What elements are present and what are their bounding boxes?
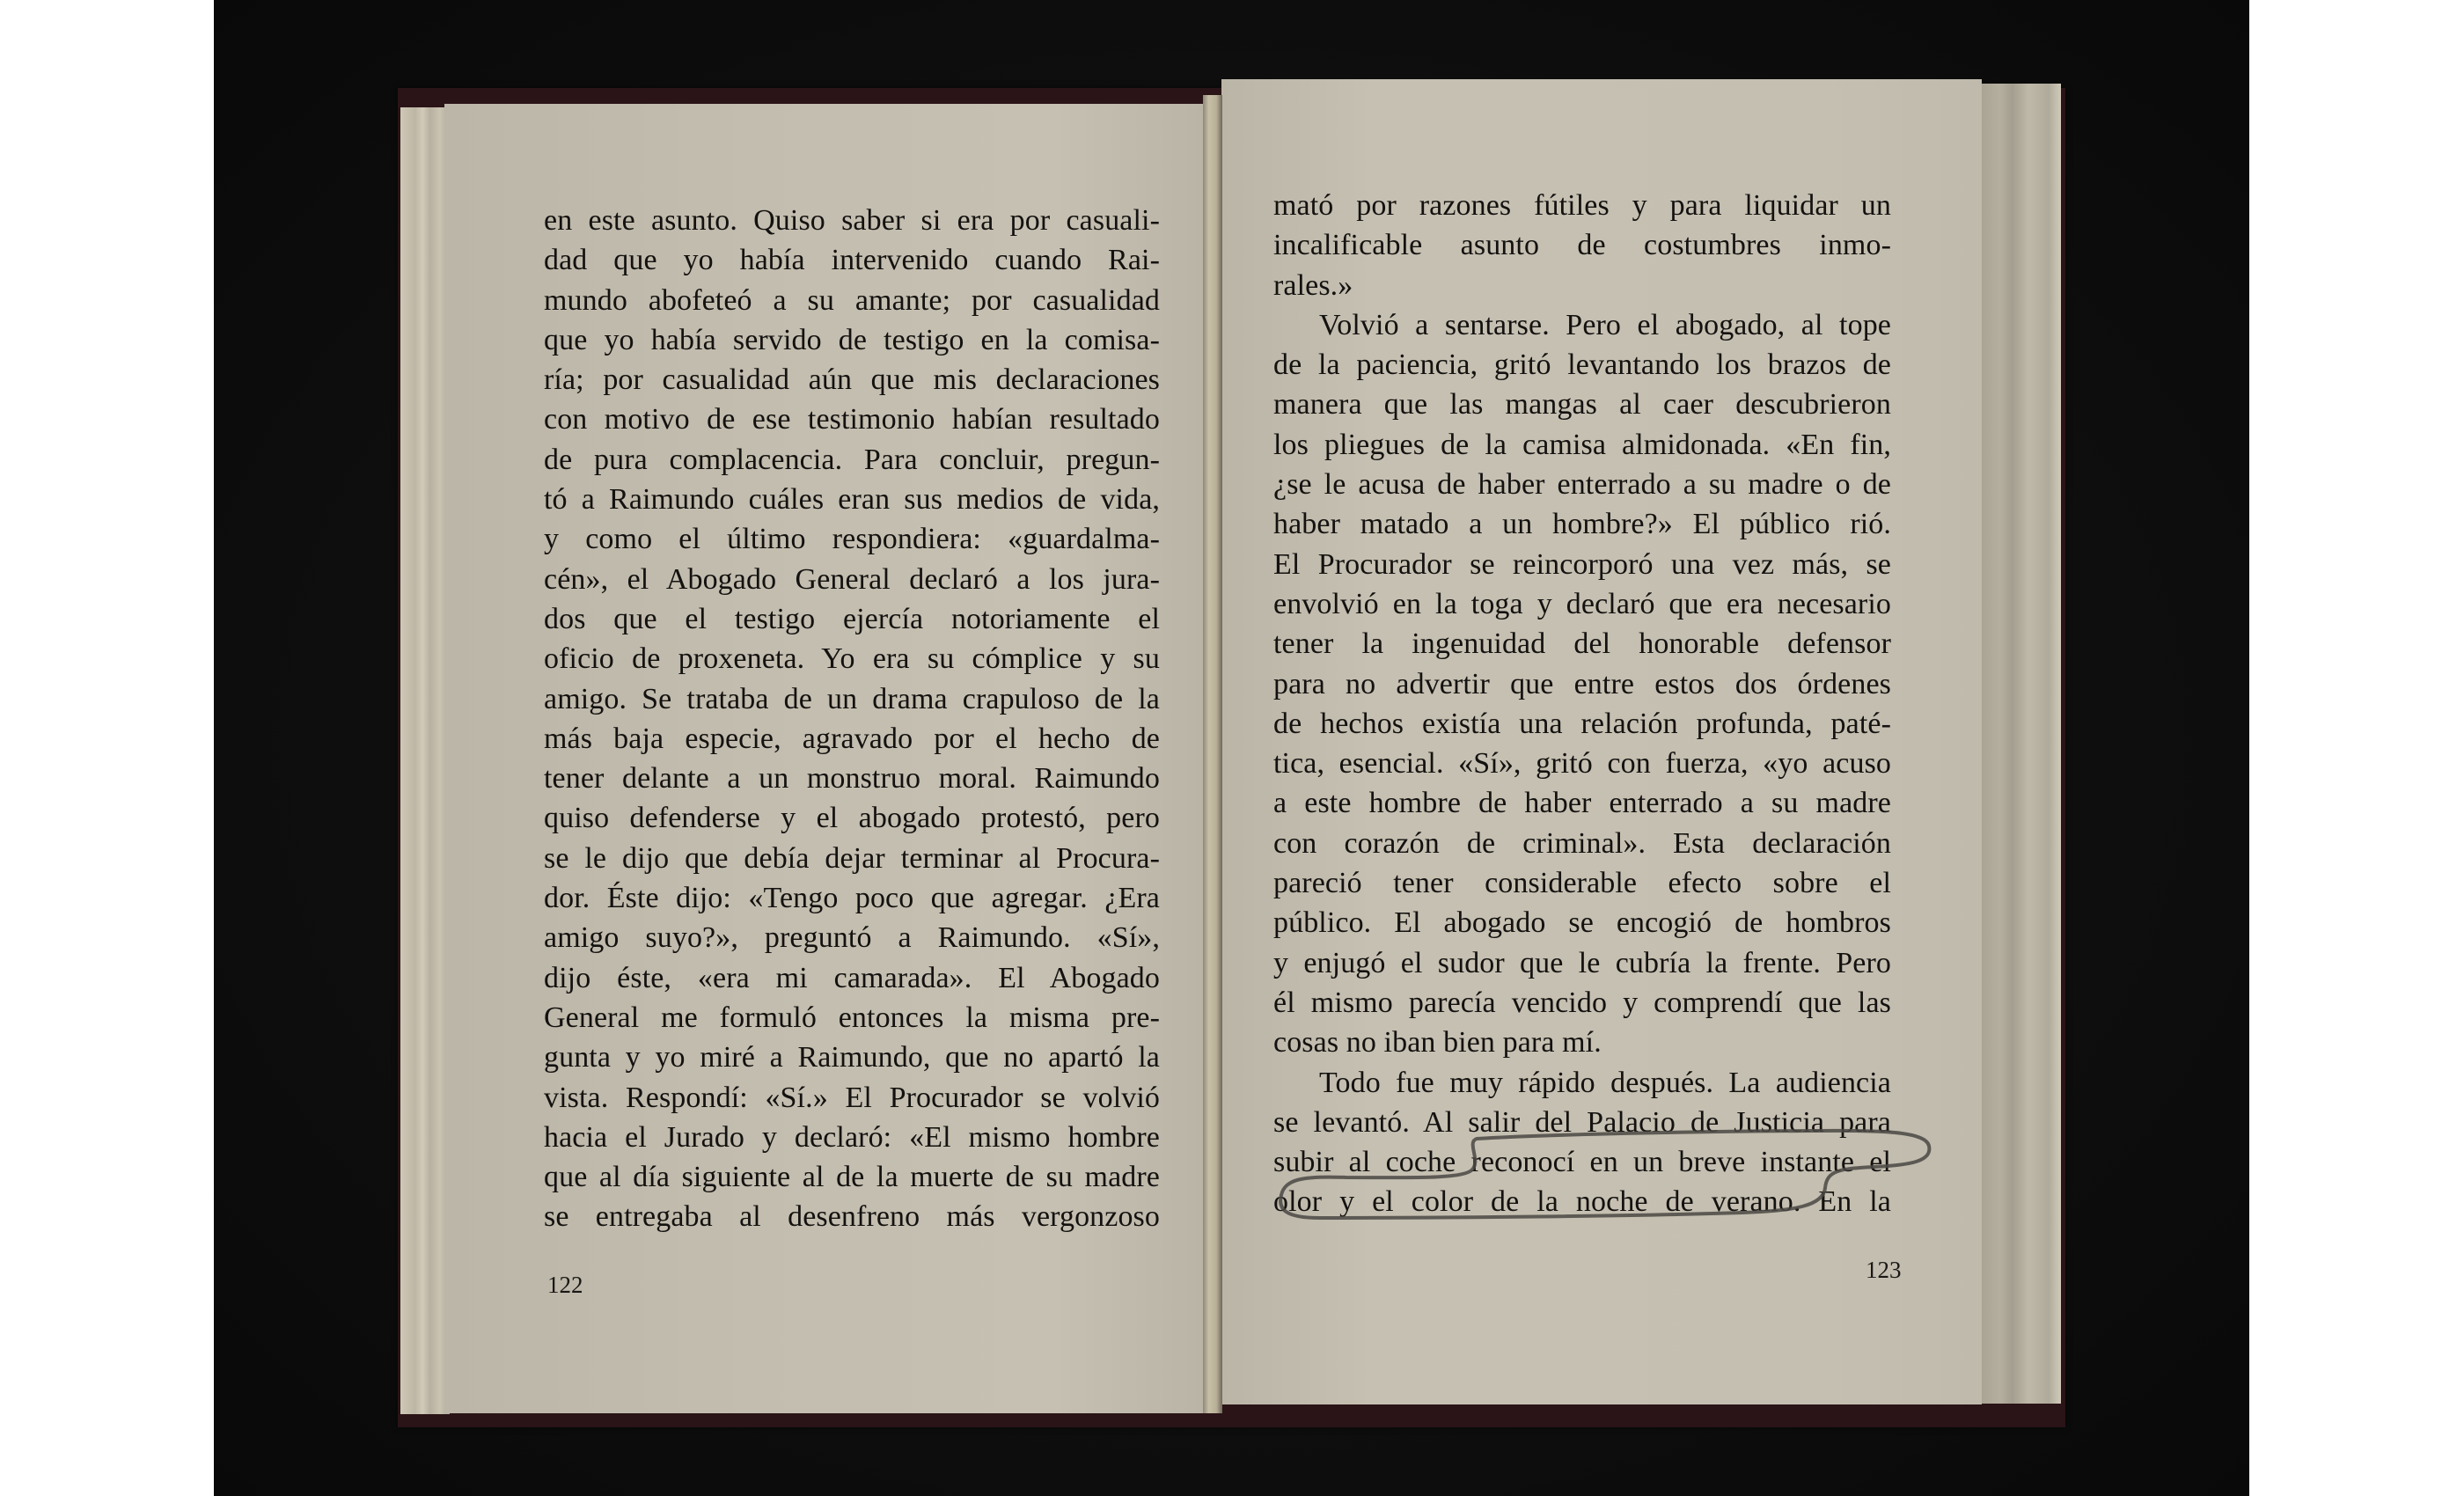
text-line: mató por razones fútiles y para liquidar… <box>1273 186 1891 225</box>
text-line: amigo. Se trataba de un drama crapuloso … <box>544 679 1160 719</box>
text-line: y enjugó el sudor que le cubría la frent… <box>1273 943 1891 983</box>
text-line: tener delante a un monstruo moral. Raimu… <box>544 759 1160 798</box>
text-line: los pliegues de la camisa almidonada. «E… <box>1273 425 1891 465</box>
text-line: de la paciencia, gritó levantando los br… <box>1273 345 1891 385</box>
text-line: gunta y yo miré a Raimundo, que no apart… <box>544 1038 1160 1077</box>
text-line: oficio de proxeneta. Yo era su cómplice … <box>544 639 1160 678</box>
text-line: para no advertir que entre estos dos órd… <box>1273 664 1891 704</box>
page-number-left: 122 <box>547 1272 583 1299</box>
text-line: quiso defenderse y el abogado protestó, … <box>544 798 1160 838</box>
text-line: tó a Raimundo cuáles eran sus medios de … <box>544 480 1160 519</box>
text-line: cosas no iban bien para mí. <box>1273 1023 1891 1062</box>
text-line: y como el último respondiera: «guardalma… <box>544 519 1160 559</box>
text-line: ría; por casualidad aún que mis declarac… <box>544 360 1160 400</box>
page-number-right: 123 <box>1866 1257 1902 1284</box>
text-line: que al día siguiente al de la muerte de … <box>544 1157 1160 1197</box>
text-line: tener la ingenuidad del honorable defens… <box>1273 624 1891 664</box>
text-line: dos que el testigo ejercía notoriamente … <box>544 599 1160 639</box>
text-line: hacia el Jurado y declaró: «El mismo hom… <box>544 1118 1160 1157</box>
text-line: dijo éste, «era mi camarada». El Abogado <box>544 958 1160 998</box>
left-page-edges <box>400 107 450 1414</box>
book-gutter <box>1203 95 1222 1413</box>
text-line: rales.» <box>1273 266 1891 305</box>
text-line: envolvió en la toga y declaró que era ne… <box>1273 584 1891 624</box>
text-line: más baja especie, agravado por el hecho … <box>544 719 1160 759</box>
text-line: con motivo de ese testimonio habían resu… <box>544 400 1160 439</box>
text-line: amigo suyo?», preguntó a Raimundo. «Sí», <box>544 918 1160 957</box>
text-line: mundo abofeteó a su amante; por casualid… <box>544 281 1160 320</box>
text-line: manera que las mangas al caer descubrier… <box>1273 385 1891 424</box>
text-line: se le dijo que debía dejar terminar al P… <box>544 839 1160 878</box>
text-line: tica, esencial. «Sí», gritó con fuerza, … <box>1273 744 1891 783</box>
text-line: incalificable asunto de costumbres inmo- <box>1273 225 1891 265</box>
text-line: El Procurador se reincorporó una vez más… <box>1273 545 1891 584</box>
right-page-text: mató por razones fútiles y para liquidar… <box>1273 186 1891 1222</box>
text-line: en este asunto. Quiso saber si era por c… <box>544 201 1160 240</box>
right-page-edges <box>1980 84 2061 1404</box>
text-line: que yo había servido de testigo en la co… <box>544 320 1160 360</box>
text-line: General me formuló entonces la misma pre… <box>544 998 1160 1038</box>
text-line: haber matado a un hombre?» El público ri… <box>1273 504 1891 544</box>
left-page-text: en este asunto. Quiso saber si era por c… <box>544 201 1160 1237</box>
text-line: público. El abogado se encogió de hombro… <box>1273 903 1891 942</box>
text-line: olor y el color de la noche de verano. E… <box>1273 1182 1891 1221</box>
text-line: de pura complacencia. Para concluir, pre… <box>544 440 1160 480</box>
paragraph-start-line: Volvió a sentarse. Pero el abogado, al t… <box>1273 305 1891 345</box>
text-line: vista. Respondí: «Sí.» El Procurador se … <box>544 1078 1160 1118</box>
text-line: a este hombre de haber enterrado a su ma… <box>1273 783 1891 823</box>
text-line: con corazón de criminal». Esta declaraci… <box>1273 824 1891 863</box>
text-line: se entregaba al desenfreno más vergonzos… <box>544 1197 1160 1236</box>
text-line: dor. Éste dijo: «Tengo poco que agregar.… <box>544 878 1160 918</box>
text-line: de hechos existía una relación profunda,… <box>1273 704 1891 744</box>
text-line: subir al coche reconocí en un breve inst… <box>1273 1142 1891 1182</box>
text-line: se levantó. Al salir del Palacio de Just… <box>1273 1103 1891 1142</box>
text-line: ¿se le acusa de haber enterrado a su mad… <box>1273 465 1891 504</box>
text-line: cén», el Abogado General declaró a los j… <box>544 560 1160 599</box>
paragraph-start-line: Todo fue muy rápido después. La audienci… <box>1273 1063 1891 1103</box>
text-line: él mismo parecía vencido y comprendí que… <box>1273 983 1891 1023</box>
text-line: dad que yo había intervenido cuando Rai- <box>544 240 1160 280</box>
text-line: pareció tener considerable efecto sobre … <box>1273 863 1891 903</box>
